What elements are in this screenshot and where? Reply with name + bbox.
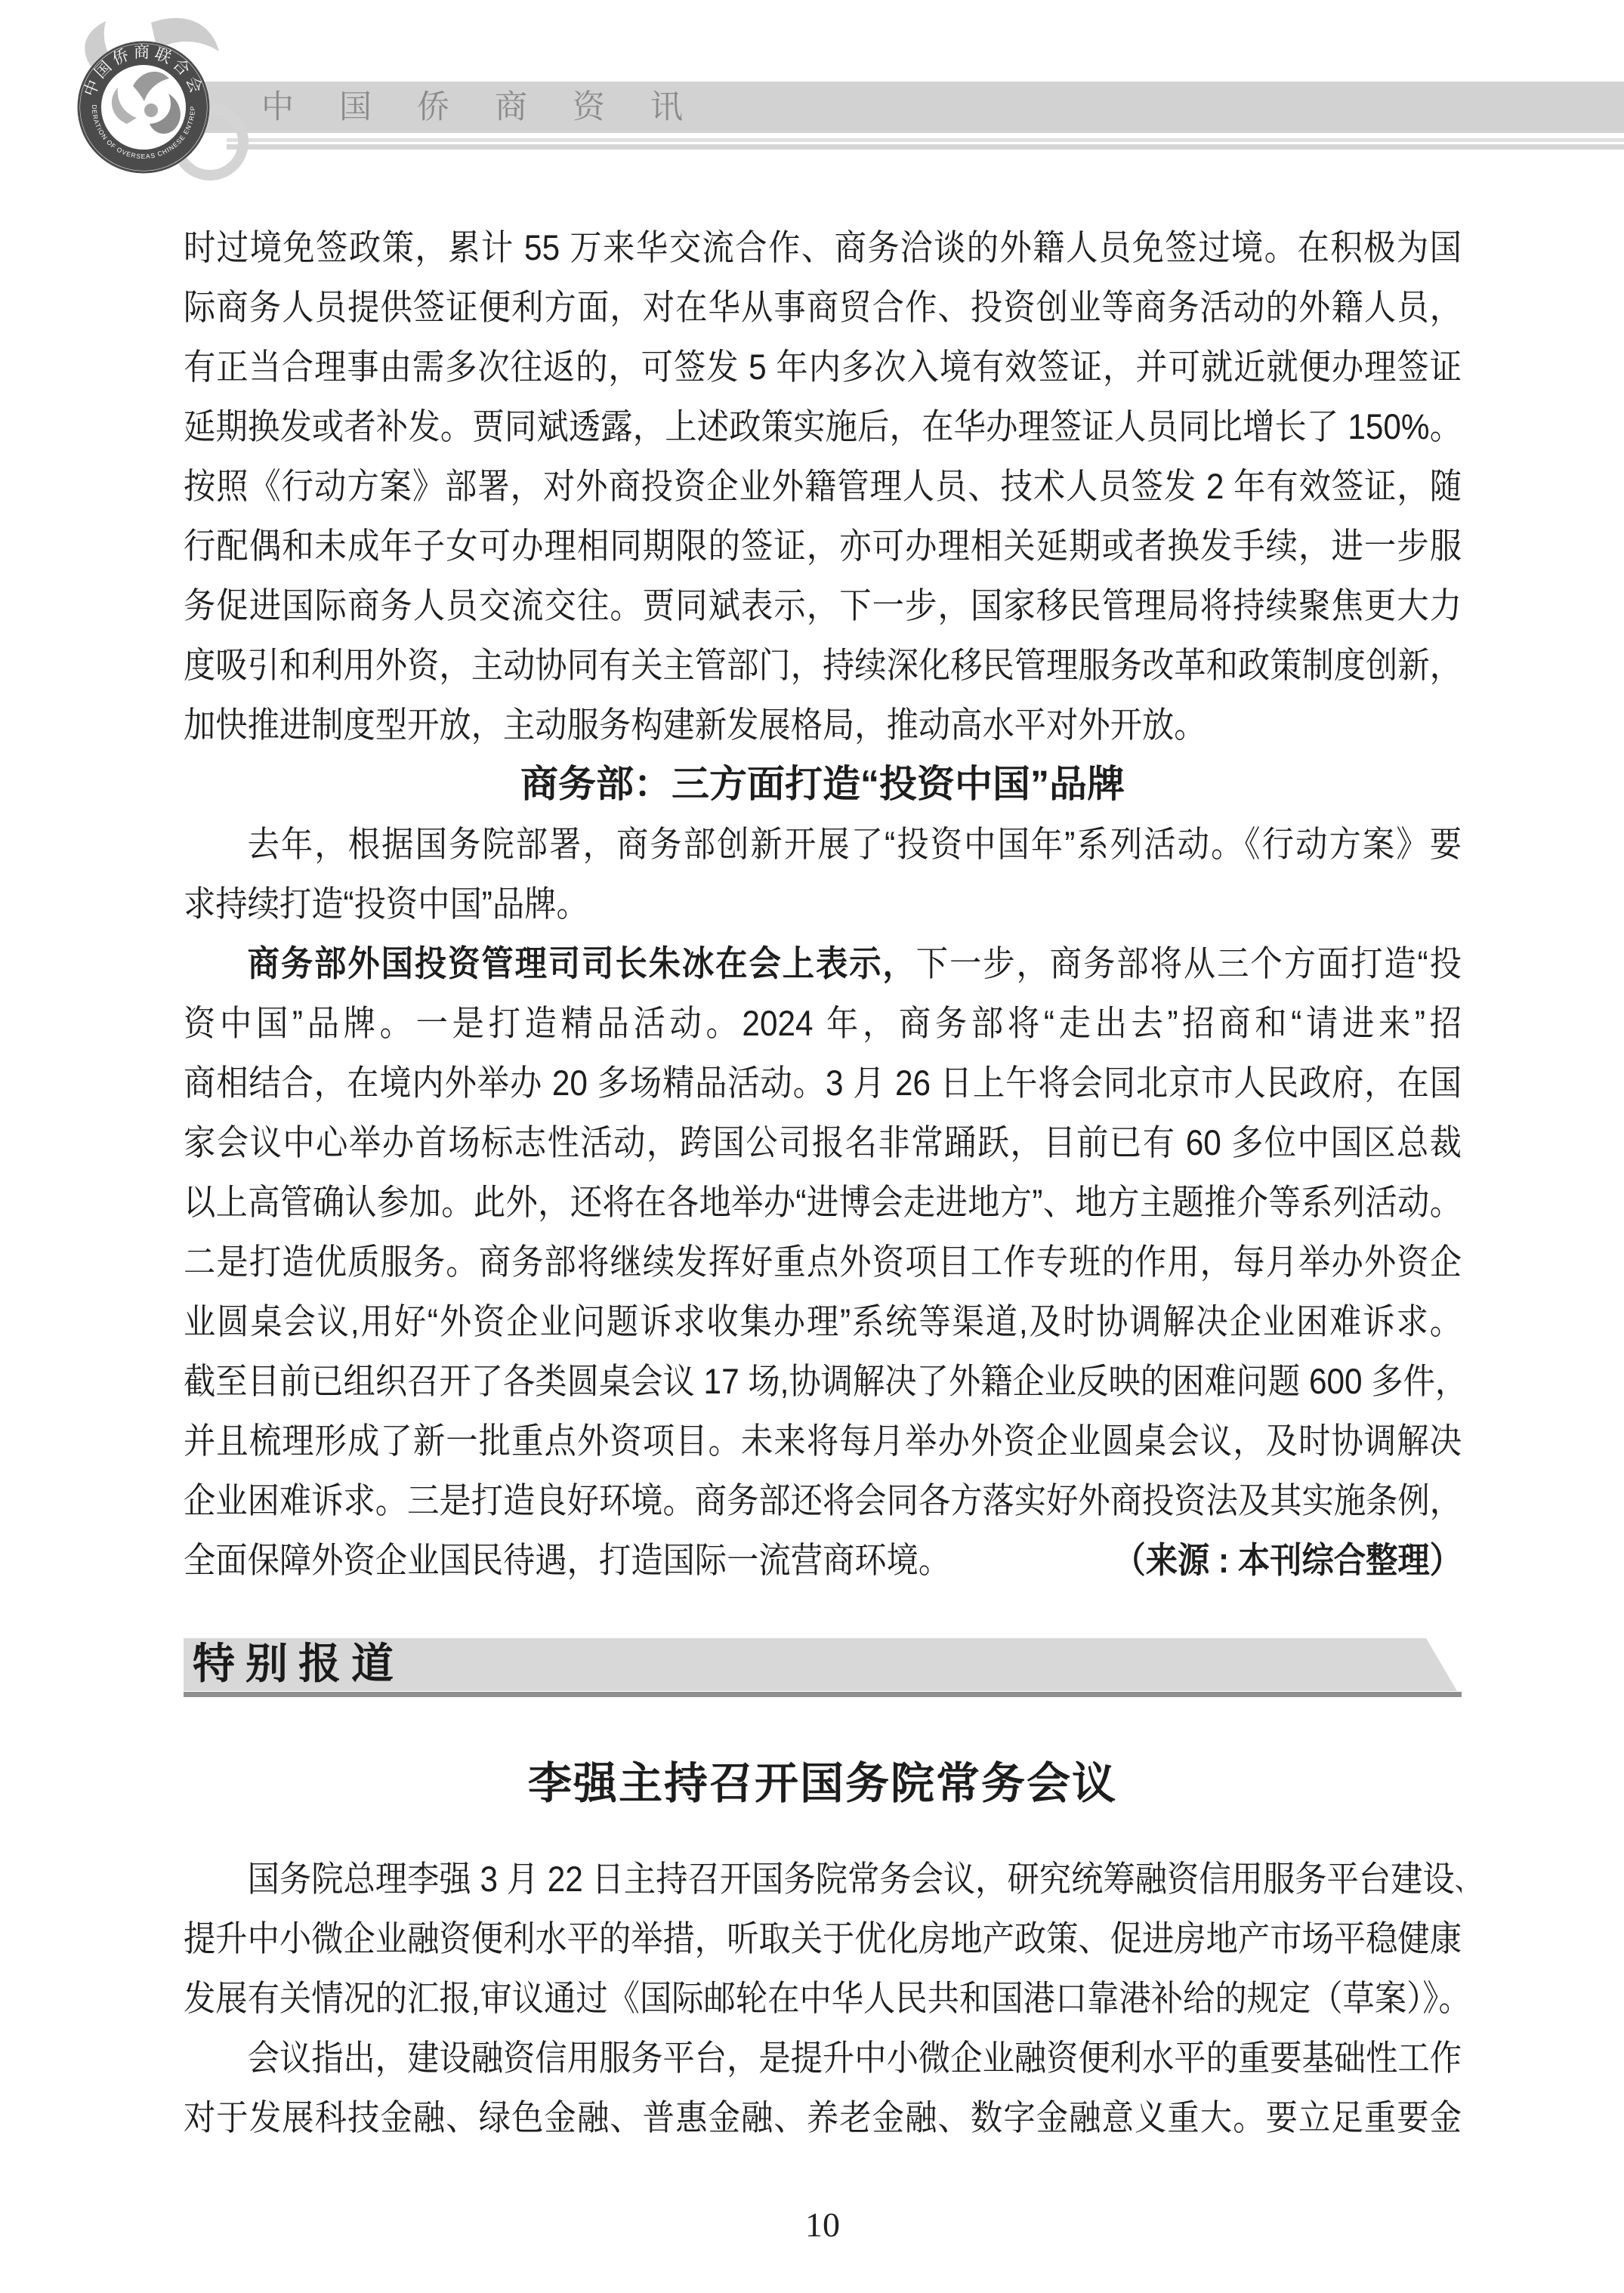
article1-subheading-row: 商务部：三方面打造“投资中国”品牌 xyxy=(184,755,1462,814)
masthead-banner: 中国侨商资讯 xyxy=(202,82,1624,133)
text-line: 会议指出，建设融资信用服务平台，是提升中小微企业融资便利水平的重要基础性工作， xyxy=(184,2028,1462,2088)
article-title: 李强主持召开国务院常务会议 xyxy=(184,1754,1462,1813)
article-subheading: 商务部：三方面打造“投资中国”品牌 xyxy=(184,755,1462,814)
text-line: 对于发展科技金融、绿色金融、普惠金融、养老金融、数字金融意义重大。要立足重要金 xyxy=(184,2088,1462,2147)
text-line: 商相结合，在境内外举办 20 多场精品活动。3 月 26 日上午将会同北京市人民… xyxy=(184,1053,1462,1113)
text-line: 行配偶和未成年子女可办理相同期限的签证，亦可办理相关延期或者换发手续，进一步服 xyxy=(184,516,1462,576)
section-banner: 特别报道 xyxy=(184,1638,1457,1691)
text-line: 度吸引和利用外资，主动协同有关主管部门，持续深化移民管理服务改革和政策制度创新， xyxy=(184,635,1462,695)
section-underline xyxy=(184,1692,1462,1697)
masthead-title: 中国侨商资讯 xyxy=(261,82,728,133)
text-line: 家会议中心举办首场标志性活动，跨国公司报名非常踊跃，目前已有 60 多位中国区总… xyxy=(184,1113,1462,1172)
organization-logo: 中国侨商联合会 CHINA FEDERATION OF OVERSEAS CHI… xyxy=(36,8,314,192)
text-line: 时过境免签政策，累计 55 万来华交流合作、商务洽谈的外籍人员免签过境。在积极为… xyxy=(184,218,1462,277)
newsletter-page: { "page": { "number": "10" }, "colors": … xyxy=(0,0,1624,2293)
text-line: 延期换发或者补发。贾同斌透露，上述政策实施后，在华办理签证人员同比增长了 150… xyxy=(184,397,1462,456)
text-line-rest: 下一步，商务部将从三个方面打造“投 xyxy=(916,943,1462,983)
text-line: 商务部外国投资管理司司长朱冰在会上表示，下一步，商务部将从三个方面打造“投 xyxy=(184,934,1462,993)
text-line: 发展有关情况的汇报,审议通过《国际邮轮在中华人民共和国港口靠港补给的规定（草案）… xyxy=(184,1968,1462,2028)
article1-paragraph1: 时过境免签政策，累计 55 万来华交流合作、商务洽谈的外籍人员免签过境。在积极为… xyxy=(184,218,1462,755)
text-line: 二是打造优质服务。商务部将继续发挥好重点外资项目工作专班的作用，每月举办外资企 xyxy=(184,1232,1462,1292)
logo-emblem-dot xyxy=(144,103,158,117)
text-line: 加快推进制度型开放，主动服务构建新发展格局，推动高水平对外开放。 xyxy=(184,695,1462,755)
section-label: 特别报道 xyxy=(193,1638,404,1691)
text-line: 务促进国际商务人员交流交往。贾同斌表示，下一步，国家移民管理局将持续聚焦更大力 xyxy=(184,576,1462,635)
header-divider-line-2 xyxy=(227,144,1624,150)
page-number: 10 xyxy=(184,2202,1462,2248)
text-line: 业圆桌会议,用好“外资企业问题诉求收集办理”系统等渠道,及时协调解决企业困难诉求… xyxy=(184,1292,1462,1351)
text-line: 并且梳理形成了新一批重点外资项目。未来将每月举办外资企业圆桌会议，及时协调解决 xyxy=(184,1411,1462,1471)
text-line: 截至目前已组织召开了各类圆桌会议 17 场,协调解决了外籍企业反映的困难问题 6… xyxy=(184,1351,1462,1411)
text-line: 国务院总理李强 3 月 22 日主持召开国务院常务会议，研究统筹融资信用服务平台… xyxy=(184,1849,1462,1909)
text-line-with-source: 全面保障外资企业国民待遇，打造国际一流营商环境。 （来源 : 本刊综合整理） xyxy=(184,1530,1462,1590)
text-line: 全面保障外资企业国民待遇，打造国际一流营商环境。 xyxy=(184,1530,950,1590)
article2-paragraph2: 会议指出，建设融资信用服务平台，是提升中小微企业融资便利水平的重要基础性工作， … xyxy=(184,2028,1462,2147)
text-line: 际商务人员提供签证便利方面，对在华从事商贸合作、投资创业等商务活动的外籍人员， xyxy=(184,277,1462,337)
text-line: 资中国”品牌。一是打造精品活动。2024 年，商务部将“走出去”招商和“请进来”… xyxy=(184,993,1462,1053)
article2-title-row: 李强主持召开国务院常务会议 xyxy=(184,1754,1462,1813)
logo-badge-graphic: 中国侨商联合会 CHINA FEDERATION OF OVERSEAS CHI… xyxy=(36,8,314,192)
text-line: 去年，根据国务院部署，商务部创新开展了“投资中国年”系列活动。《行动方案》要 xyxy=(184,814,1462,874)
text-line: 按照《行动方案》部署，对外商投资企业外籍管理人员、技术人员签发 2 年有效签证，… xyxy=(184,456,1462,516)
header-divider-line-1 xyxy=(227,138,1624,142)
speaker-lead-bold: 商务部外国投资管理司司长朱冰在会上表示， xyxy=(248,943,916,983)
article-source: （来源 : 本刊综合整理） xyxy=(1113,1530,1462,1590)
article1-paragraph2: 去年，根据国务院部署，商务部创新开展了“投资中国年”系列活动。《行动方案》要 求… xyxy=(184,814,1462,934)
article2-paragraph1: 国务院总理李强 3 月 22 日主持召开国务院常务会议，研究统筹融资信用服务平台… xyxy=(184,1849,1462,2028)
text-line: 企业困难诉求。三是打造良好环境。商务部还将会同各方落实好外商投资法及其实施条例， xyxy=(184,1471,1462,1530)
text-line: 以上高管确认参加。此外，还将在各地举办“进博会走进地方”、地方主题推介等系列活动… xyxy=(184,1172,1462,1232)
text-line: 求持续打造“投资中国”品牌。 xyxy=(184,874,1462,934)
text-line: 提升中小微企业融资便利水平的举措，听取关于优化房地产政策、促进房地产市场平稳健康 xyxy=(184,1909,1462,1968)
article1-paragraph3: 商务部外国投资管理司司长朱冰在会上表示，下一步，商务部将从三个方面打造“投 资中… xyxy=(184,934,1462,1590)
text-line: 有正当合理事由需多次往返的，可签发 5 年内多次入境有效签证，并可就近就便办理签… xyxy=(184,337,1462,397)
